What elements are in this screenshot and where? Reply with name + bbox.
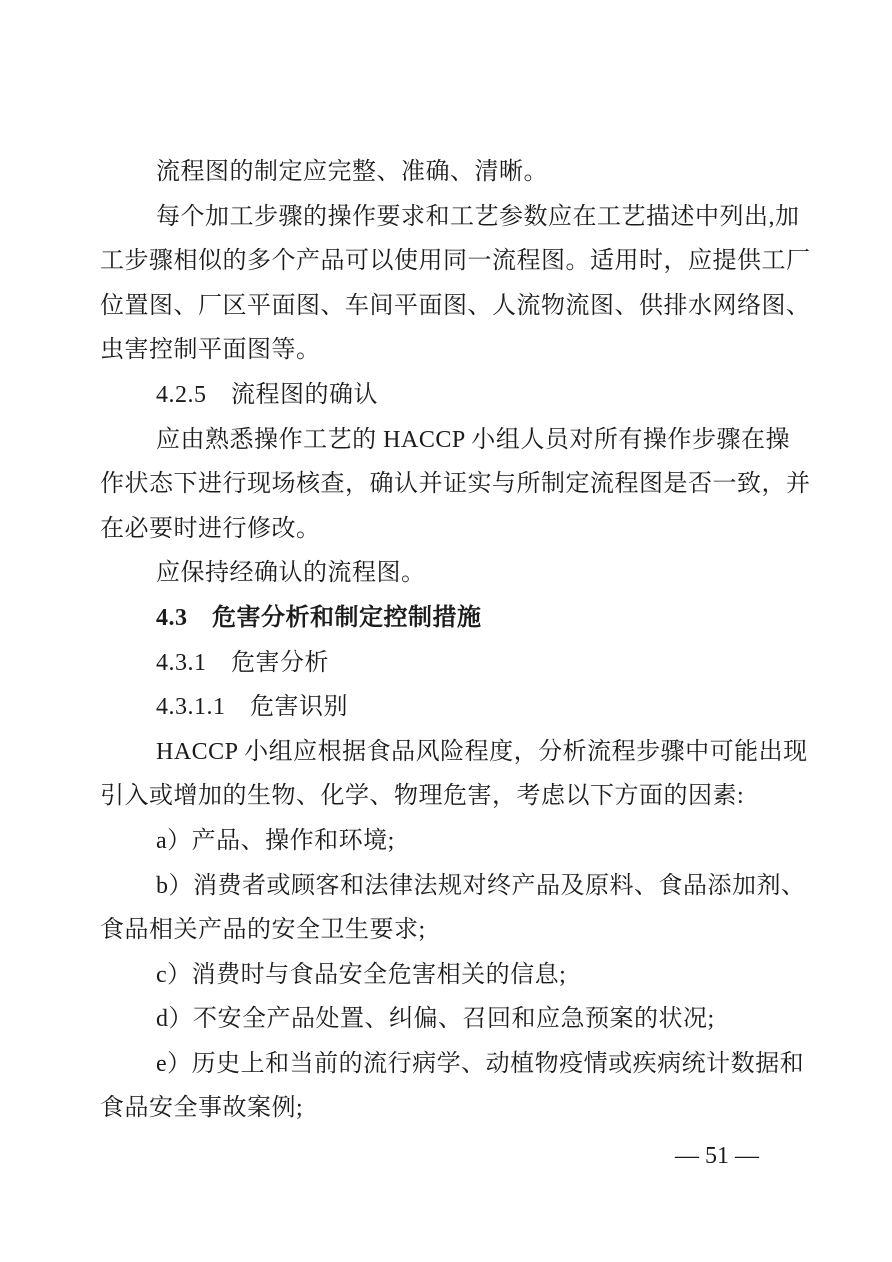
paragraph-line: 位置图、厂区平面图、车间平面图、人流物流图、供排水网络图、 [100,284,790,329]
paragraph-line: 应由熟悉操作工艺的 HACCP 小组人员对所有操作步骤在操 [100,418,790,463]
paragraph-line: 作状态下进行现场核查，确认并证实与所制定流程图是否一致，并 [100,462,790,507]
list-item-line: a）产品、操作和环境; [100,819,790,864]
heading-line: 4.3.1 危害分析 [100,641,790,686]
paragraph-line: 在必要时进行修改。 [100,507,790,552]
paragraph-line: HACCP 小组应根据食品风险程度，分析流程步骤中可能出现 [100,730,790,775]
list-item-line: 食品相关产品的安全卫生要求; [100,908,790,953]
heading-line: 4.3 危害分析和制定控制措施 [100,596,790,641]
heading-line: 4.3.1.1 危害识别 [100,685,790,730]
document-page: 流程图的制定应完整、准确、清晰。每个加工步骤的操作要求和工艺参数应在工艺描述中列… [0,0,892,1262]
paragraph-line: 应保持经确认的流程图。 [100,551,790,596]
paragraph-line: 虫害控制平面图等。 [100,328,790,373]
paragraph-line: 工步骤相似的多个产品可以使用同一流程图。适用时，应提供工厂 [100,239,790,284]
list-item-line: d）不安全产品处置、纠偏、召回和应急预案的状况; [100,997,790,1042]
list-item-line: e）历史上和当前的流行病学、动植物疫情或疾病统计数据和 [100,1042,790,1087]
list-item-line: b）消费者或顾客和法律法规对终产品及原料、食品添加剂、 [100,864,790,909]
document-body: 流程图的制定应完整、准确、清晰。每个加工步骤的操作要求和工艺参数应在工艺描述中列… [100,150,790,1131]
page-number: — 51 — [675,1141,759,1171]
list-item-line: 食品安全事故案例; [100,1086,790,1131]
heading-line: 4.2.5 流程图的确认 [100,373,790,418]
paragraph-line: 流程图的制定应完整、准确、清晰。 [100,150,790,195]
paragraph-line: 每个加工步骤的操作要求和工艺参数应在工艺描述中列出,加 [100,195,790,240]
paragraph-line: 引入或增加的生物、化学、物理危害，考虑以下方面的因素: [100,774,790,819]
list-item-line: c）消费时与食品安全危害相关的信息; [100,953,790,998]
